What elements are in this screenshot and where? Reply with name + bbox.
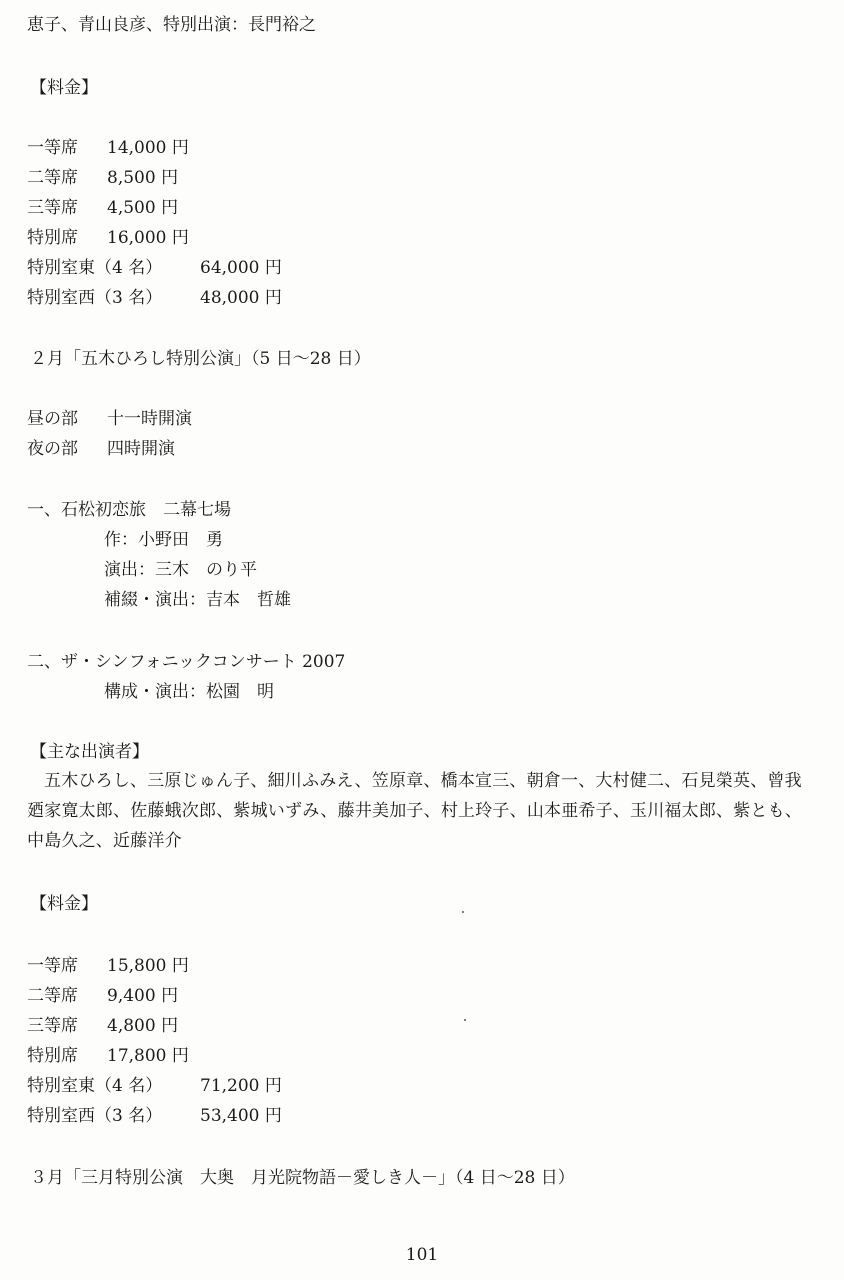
seat-price: 9,400 円 xyxy=(107,985,178,1007)
price-row: 二等席 9,400 円 xyxy=(27,985,178,1007)
price-row: 特別室西（3 名） 53,400 円 xyxy=(27,1105,282,1127)
seat-name: 二等席 xyxy=(27,167,107,189)
price-row: 一等席 14,000 円 xyxy=(27,137,189,159)
price-row: 二等席 8,500 円 xyxy=(27,167,178,189)
page-number: 101 xyxy=(0,1245,844,1265)
scan-speck xyxy=(462,911,464,913)
price-heading: 【料金】 xyxy=(30,77,98,99)
cast-continuation: 恵子、青山良彦、特別出演：長門裕之 xyxy=(27,14,316,36)
scan-speck xyxy=(464,1019,466,1021)
seat-price: 15,800 円 xyxy=(107,955,189,977)
mar-performance-title: ３月「三月特別公演 大奥 月光院物語－愛しき人－」（4 日～28 日） xyxy=(30,1167,575,1189)
program-credit: 演出：三木 のり平 xyxy=(104,559,257,581)
schedule-time: 十一時開演 xyxy=(107,408,192,430)
seat-name: 三等席 xyxy=(27,1015,107,1037)
schedule-row: 昼の部 十一時開演 xyxy=(27,408,192,430)
price-row: 特別室東（4 名） 64,000 円 xyxy=(27,257,282,279)
seat-price: 8,500 円 xyxy=(107,167,178,189)
price-row: 特別席 16,000 円 xyxy=(27,227,189,249)
price-heading: 【料金】 xyxy=(30,893,98,915)
schedule-time: 四時開演 xyxy=(107,438,175,460)
price-row: 特別席 17,800 円 xyxy=(27,1045,189,1067)
program-title: 一、石松初恋旅 二幕七場 xyxy=(27,499,231,521)
seat-price: 17,800 円 xyxy=(107,1045,189,1067)
program-title: 二、ザ・シンフォニックコンサート 2007 xyxy=(27,651,345,673)
schedule-row: 夜の部 四時開演 xyxy=(27,438,175,460)
seat-name: 特別室西（3 名） xyxy=(27,1105,200,1127)
seat-name: 特別席 xyxy=(27,227,107,249)
schedule-part: 昼の部 xyxy=(27,408,107,430)
seat-price: 4,500 円 xyxy=(107,197,178,219)
seat-name: 特別席 xyxy=(27,1045,107,1067)
seat-name: 特別室東（4 名） xyxy=(27,257,200,279)
schedule-part: 夜の部 xyxy=(27,438,107,460)
seat-name: 一等席 xyxy=(27,955,107,977)
seat-name: 特別室東（4 名） xyxy=(27,1075,200,1097)
price-row: 特別室西（3 名） 48,000 円 xyxy=(27,287,282,309)
seat-price: 48,000 円 xyxy=(200,287,282,309)
seat-price: 14,000 円 xyxy=(107,137,189,159)
program-credit: 作：小野田 勇 xyxy=(104,529,223,551)
seat-name: 二等席 xyxy=(27,985,107,1007)
price-row: 三等席 4,500 円 xyxy=(27,197,178,219)
cast-heading: 【主な出演者】 xyxy=(30,741,149,763)
price-row: 三等席 4,800 円 xyxy=(27,1015,178,1037)
seat-name: 三等席 xyxy=(27,197,107,219)
seat-name: 特別室西（3 名） xyxy=(27,287,200,309)
seat-price: 64,000 円 xyxy=(200,257,282,279)
seat-price: 4,800 円 xyxy=(107,1015,178,1037)
seat-price: 53,400 円 xyxy=(200,1105,282,1127)
seat-price: 16,000 円 xyxy=(107,227,189,249)
price-row: 特別室東（4 名） 71,200 円 xyxy=(27,1075,282,1097)
program-credit: 補綴・演出：吉本 哲雄 xyxy=(104,589,291,611)
price-row: 一等席 15,800 円 xyxy=(27,955,189,977)
cast-list: 五木ひろし、三原じゅん子、細川ふみえ、笠原章、橋本宣三、朝倉一、大村健二、石見榮… xyxy=(27,766,819,856)
seat-name: 一等席 xyxy=(27,137,107,159)
feb-performance-title: ２月「五木ひろし特別公演」（5 日～28 日） xyxy=(30,348,371,370)
program-credit: 構成・演出：松園 明 xyxy=(104,681,274,703)
seat-price: 71,200 円 xyxy=(200,1075,282,1097)
